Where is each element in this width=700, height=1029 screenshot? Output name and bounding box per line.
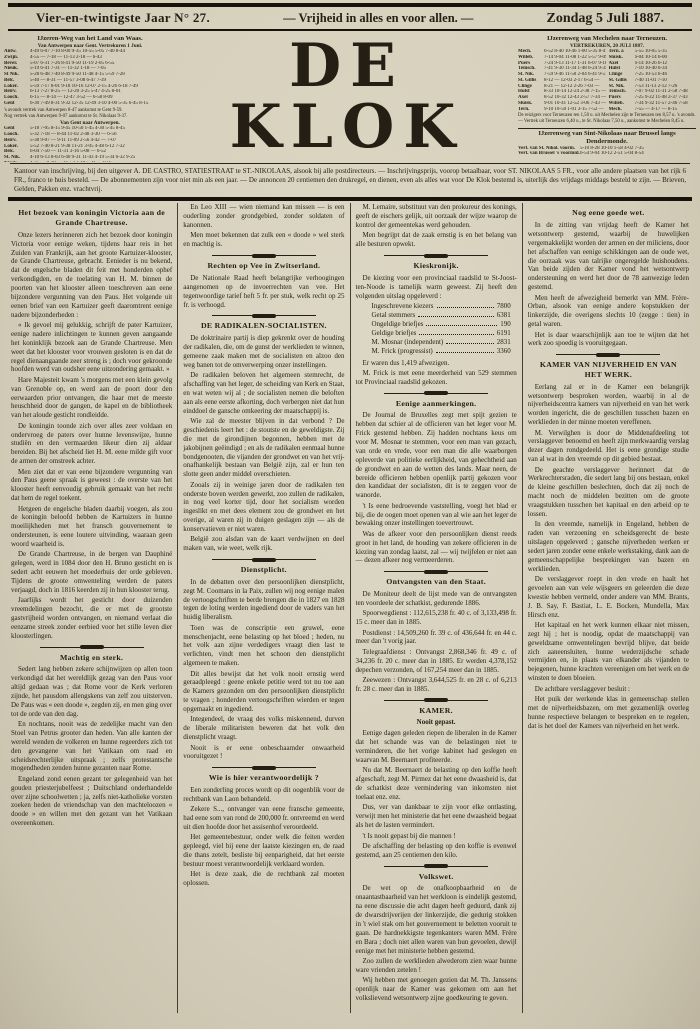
article-paragraph: De verslaggever roept in den vrede en ha… <box>528 575 689 619</box>
article-paragraph: Een zonderling proces wordt op dit oogen… <box>183 786 344 804</box>
article-paragraph: De Moniteur deelt de lijst mede van de o… <box>356 590 517 608</box>
article-heading: Het bezoek van koningin Victoria aan de … <box>14 208 169 227</box>
article-heading: Eenige aanmerkingen. <box>359 399 514 409</box>
tally-row: Ingeschrevene kiezers7800 <box>372 302 511 311</box>
section-separator <box>556 354 660 355</box>
header: IJzeren-Weg van het Land van Waas. Van A… <box>0 32 700 162</box>
article-paragraph: 't Is nooit gepast bij die mannen ! <box>356 832 517 841</box>
edition-number: Vier-en-twintigste Jaar N° 27. <box>36 10 210 26</box>
article-paragraph: Men heeft de afwezigheid bemerkt van MM.… <box>528 294 689 330</box>
article-paragraph: Wij hebben met genoegen gezien dat M. Th… <box>356 976 517 1003</box>
station-times: 4-25 — 8-10 — 11-52 3-18 5-21 — 8-05 <box>30 161 176 162</box>
tally-label: M. Frick (progressist) <box>372 347 433 356</box>
article-paragraph: Hare Majesteit kwam 's morgens met een k… <box>11 376 172 420</box>
article-paragraph: Postdienst : 14,509,260 fr. 39 c. of 436… <box>356 629 517 647</box>
article-paragraph: De Journal de Bruxelles zegt met spijt g… <box>356 411 517 500</box>
article-paragraph: Zooals zij in weinige jaren door de radi… <box>183 481 344 534</box>
schedule-row: Nieuk.4-25 — 8-10 — 11-52 3-18 5-21 — 8-… <box>4 161 176 162</box>
tally-label: Getal stemmers <box>372 311 416 320</box>
article-paragraph: Men ziet dat er van eene bijzondere verg… <box>11 468 172 504</box>
article-paragraph: Dit alles bewijst dat het volk nooit ern… <box>183 670 344 714</box>
tally-label: Ongeldige briefjes <box>372 320 424 329</box>
section-separator <box>212 315 316 316</box>
article-paragraph: Integendeel, de vraag des volks miskenne… <box>183 715 344 742</box>
article-paragraph: Men begrijpt dat de zaak ernstig is en h… <box>356 231 517 249</box>
tally-label: Ingeschrevene kiezers <box>372 302 434 311</box>
left-timetable-note1: 's avonds vertrek van Antwerpen 8-47 aan… <box>4 108 176 114</box>
article-paragraph: Telegraafdienst : Ontvangst 2,868,346 fr… <box>356 648 517 675</box>
article-paragraph: M. Lemaire, substituut van den prokureur… <box>356 203 517 230</box>
article-paragraph: Dus, ver van dankbaar te zijn voor elke … <box>356 803 517 830</box>
article-paragraph: De afschaffing der belasting op den koff… <box>356 842 517 860</box>
article-paragraph: Zeewezen : Ontvangst 3,644,525 fr. en 28… <box>356 676 517 694</box>
article-paragraph: Sedert lang hebben zekere schijnwijzen o… <box>11 665 172 718</box>
article-paragraph: Jaarlijks wordt het gesticht door duizen… <box>11 596 172 640</box>
article-paragraph: Er waren dus 1,419 afwezigen. <box>356 359 517 368</box>
article-paragraph: In de debatten over den persoonlijken di… <box>183 578 344 622</box>
tally-label: M. Mosnar (independent) <box>372 338 444 347</box>
article-paragraph: Eerlang zal er in de Kamer een belangrij… <box>528 383 689 427</box>
article-paragraph: Het is deze zaak, die de rechtbank zal m… <box>183 870 344 888</box>
brussels-timetable: IJzerenweg van Sint-Nikolaas naar Brusse… <box>518 128 696 157</box>
article-paragraph: In den vreemde, namelijk in Engeland, he… <box>528 520 689 573</box>
station-name: Mech. <box>609 107 635 113</box>
article-paragraph: M. Verwilghen is door de Middenafdeeling… <box>528 429 689 465</box>
motto: — Vrijheid in alles en voor allen. — <box>283 11 473 26</box>
section-separator <box>212 559 316 560</box>
masthead: DE KLOK VAN HET LAND VAN WAAS. WEEKBLAD … <box>176 35 518 162</box>
newspaper-title: DE KLOK <box>176 36 518 158</box>
column-4: Nog eene goede wet.In de zitting van vri… <box>522 203 694 1013</box>
tally-value: 6191 <box>497 329 511 338</box>
article-paragraph: Nooit is er eene onbeschaamder onwaarhei… <box>183 744 344 762</box>
right-timetable-title: IJzerenweg van Mechelen naar Terneuzen. <box>518 35 696 43</box>
article-paragraph: De geachte verslaggever herinnert dat de… <box>528 466 689 519</box>
article-paragraph: De Grande Chartreuse, in de bergen van D… <box>11 550 172 594</box>
tally-row: Getal stemmers6381 <box>372 311 511 320</box>
section-separator <box>384 393 488 394</box>
banner-rule <box>8 29 692 31</box>
station-name: Gent <box>4 101 30 107</box>
article-paragraph: Het gemeentebestuur, onder welk die feit… <box>183 833 344 869</box>
issue-date: Zondag 5 Juli 1887. <box>547 11 664 27</box>
tally-leader <box>418 316 494 317</box>
article-paragraph: Wie zal de meester blijven in dat verbon… <box>183 417 344 479</box>
article-paragraph: In de zitting van vrijdag heeft de Kamer… <box>528 221 689 292</box>
right-timetable-outbound: Mech.6-52 8-40 10-46 1-00 5-35 8-47Wille… <box>518 49 606 112</box>
article-paragraph: Engeland zond eenen gezant ter gelegenhe… <box>11 775 172 828</box>
brussels-timetable-rows: Vert. van St. Nikol. voorm.5-10 8-28 10-… <box>518 146 696 158</box>
newspaper-page: Vier-en-twintigste Jaar N° 27. — Vrijhei… <box>0 0 700 1029</box>
tally-value: 6381 <box>497 311 511 320</box>
tally-row: Geldige briefjes6191 <box>372 329 511 338</box>
brussels-timetable-title: IJzerenweg van Sint-Nikolaas naar Brusse… <box>518 130 696 146</box>
article-subheading: Nooit gepast. <box>356 718 517 726</box>
station-name: Nieuk. <box>4 161 30 162</box>
article-paragraph: Het puik der werkende klas in gemeenscha… <box>528 695 689 731</box>
article-paragraph: België zou alsdan van de kaart verdwijne… <box>183 535 344 553</box>
tally-leader <box>426 325 497 326</box>
tally-value: 190 <box>500 320 511 329</box>
station-name: Vert. van Brussel 's voormid. <box>518 151 580 157</box>
tally-value: 7800 <box>497 302 511 311</box>
section-separator <box>384 571 488 572</box>
article-heading: Ontvangsten van den Staat. <box>359 577 514 587</box>
schedule-row: Gent6-30 7-49 8-31 9-32 12-35 12-49 3-10… <box>4 101 176 107</box>
article-heading: Kieskronijk. <box>359 261 514 271</box>
article-paragraph: Onze lezers herinneren zich het bezoek d… <box>11 231 172 320</box>
article-heading: KAMER. <box>359 706 514 716</box>
office-notice: Kantoor van inschrijving, bij den uitgev… <box>14 167 686 194</box>
tally-value: 2831 <box>497 338 511 347</box>
tally-leader <box>446 343 494 344</box>
article-heading: DE RADIKALEN-SOCIALISTEN. <box>186 321 341 331</box>
article-heading: Wie is hier verantwoordelijk ? <box>186 773 341 783</box>
station-times: 6-30 7-49 8-31 9-32 12-35 12-49 3-10 4-0… <box>30 101 176 107</box>
section-separator <box>40 647 144 648</box>
tally-leader <box>419 334 493 335</box>
article-heading: Nog eene goede wet. <box>531 208 686 218</box>
article-paragraph: De wet op de onafkoopbaarheid en de onaa… <box>356 884 517 955</box>
station-times: 6-54 9-04 10-12 2-51 5-04 8-54 <box>580 151 696 157</box>
article-heading: KAMER VAN NIJVERHEID EN VAN HET WERK. <box>531 360 686 379</box>
schedule-row: Tern.9-10 10-50 1-01 3-15 7-52 — <box>518 107 606 113</box>
article-paragraph: De achtbare verslaggever besluit : <box>528 685 689 694</box>
tally-value: 3360 <box>497 347 511 356</box>
schedule-row: Mech.7-55 — 4-17 — 8-15 <box>609 107 697 113</box>
section-separator <box>212 767 316 768</box>
left-timetable-down-rows: Antw.4-49 6-07 7-10 8-00 9-35 10-55 5-05… <box>4 49 176 107</box>
tally-leader <box>437 307 494 308</box>
article-paragraph: Zoo zullen de werklieden alwederom zien … <box>356 957 517 975</box>
article-paragraph: En Leo XIII — wien niemand kan missen — … <box>183 203 344 230</box>
section-separator <box>212 255 316 256</box>
section-separator <box>384 866 488 867</box>
article-paragraph: Spoorwegdienst : 112,615,238 fr. 40 c. o… <box>356 609 517 627</box>
tally-label: Geldige briefjes <box>372 329 417 338</box>
article-paragraph: Men moet bekennen dat zulk een « doode »… <box>183 231 344 249</box>
article-paragraph: En nochtans, nooit was de zedelijke mach… <box>11 720 172 773</box>
section-separator <box>384 255 488 256</box>
tally-row: Ongeldige briefjes190 <box>372 320 511 329</box>
article-paragraph: Zekere S..., ontvanger van eene fransche… <box>183 805 344 832</box>
tally-leader <box>436 352 494 353</box>
section-separator <box>384 700 488 701</box>
article-heading: Dienstplicht. <box>186 565 341 575</box>
article-paragraph: De radikalen beloven het algemeen stemre… <box>183 371 344 415</box>
article-heading: Rechten op Vee in Zwitserland. <box>186 261 341 271</box>
article-paragraph: Het is daar waarschijnlijk aan toe te wi… <box>528 331 689 349</box>
article-paragraph: Toen was de conscriptie een gruwel, eene… <box>183 624 344 668</box>
left-timetable: IJzeren-Weg van het Land van Waas. Van A… <box>4 35 176 162</box>
column-2: En Leo XIII — wien niemand kan missen — … <box>177 203 349 1013</box>
station-name: Tern. <box>518 107 544 113</box>
tally-row: M. Frick (progressist)3360 <box>372 347 511 356</box>
article-columns: Het bezoek van koningin Victoria aan de … <box>0 201 700 1013</box>
left-timetable-up-rows: Gent5-18 7-05 8-15 9-45 10-50 1-45 4-30 … <box>4 126 176 162</box>
article-paragraph: Het kapitaal en het werk kunnen elkaar n… <box>528 621 689 683</box>
station-times: 7-55 — 4-17 — 8-15 <box>635 107 697 113</box>
right-timetable-note: De reizigers voor Terneuzen ten 1,50 u. … <box>518 113 696 125</box>
article-paragraph: Was de afkeer voor den persoonlijken die… <box>356 530 517 566</box>
right-timetable-return: Tern. a5-55 10-05 5-35Sluisk.6-04 10-14 … <box>609 49 697 112</box>
header-rule <box>10 163 690 164</box>
right-timetable: IJzerenweg van Mechelen naar Terneuzen. … <box>518 35 696 162</box>
station-times: 9-10 10-50 1-01 3-15 7-52 — <box>544 107 606 113</box>
article-paragraph: Nu dat M. Beernaert de belasting op den … <box>356 766 517 802</box>
article-paragraph: De koningin toonde zich over alles zeer … <box>11 422 172 466</box>
vote-tally: Ingeschrevene kiezers7800Getal stemmers6… <box>372 302 511 357</box>
article-heading: Machtig en sterk. <box>14 653 169 663</box>
left-timetable-title: IJzeren-Weg van het Land van Waas. <box>4 35 176 43</box>
article-paragraph: 't Is eene bedroevende vaststelling, voe… <box>356 502 517 529</box>
article-paragraph: De doktrinaire partij is diep gekrenkt o… <box>183 334 344 370</box>
column-1: Het bezoek van koningin Victoria aan de … <box>6 203 177 1013</box>
schedule-row: Vert. van Brussel 's voormid.6-54 9-04 1… <box>518 151 696 157</box>
article-heading: Volkswet. <box>359 872 514 882</box>
column-3: M. Lemaire, substituut van den prokureur… <box>350 203 522 1013</box>
article-paragraph: Hetgeen de engelsche bladen daarbij voeg… <box>11 505 172 549</box>
article-paragraph: De Nationale Raad heeft belangrijke verh… <box>183 274 344 310</box>
date-banner: Vier-en-twintigste Jaar N° 27. — Vrijhei… <box>0 7 700 28</box>
tally-row: M. Mosnar (independent)2831 <box>372 338 511 347</box>
article-paragraph: « Ik gevoel mij gelukkig, schrijft de pa… <box>11 321 172 374</box>
article-paragraph: M. Frick is met eene meerderheid van 529… <box>356 369 517 387</box>
article-paragraph: De kiezing voor een provinciaal raadslid… <box>356 274 517 301</box>
article-paragraph: Eenige dagen geleden riepen de liberalen… <box>356 729 517 765</box>
